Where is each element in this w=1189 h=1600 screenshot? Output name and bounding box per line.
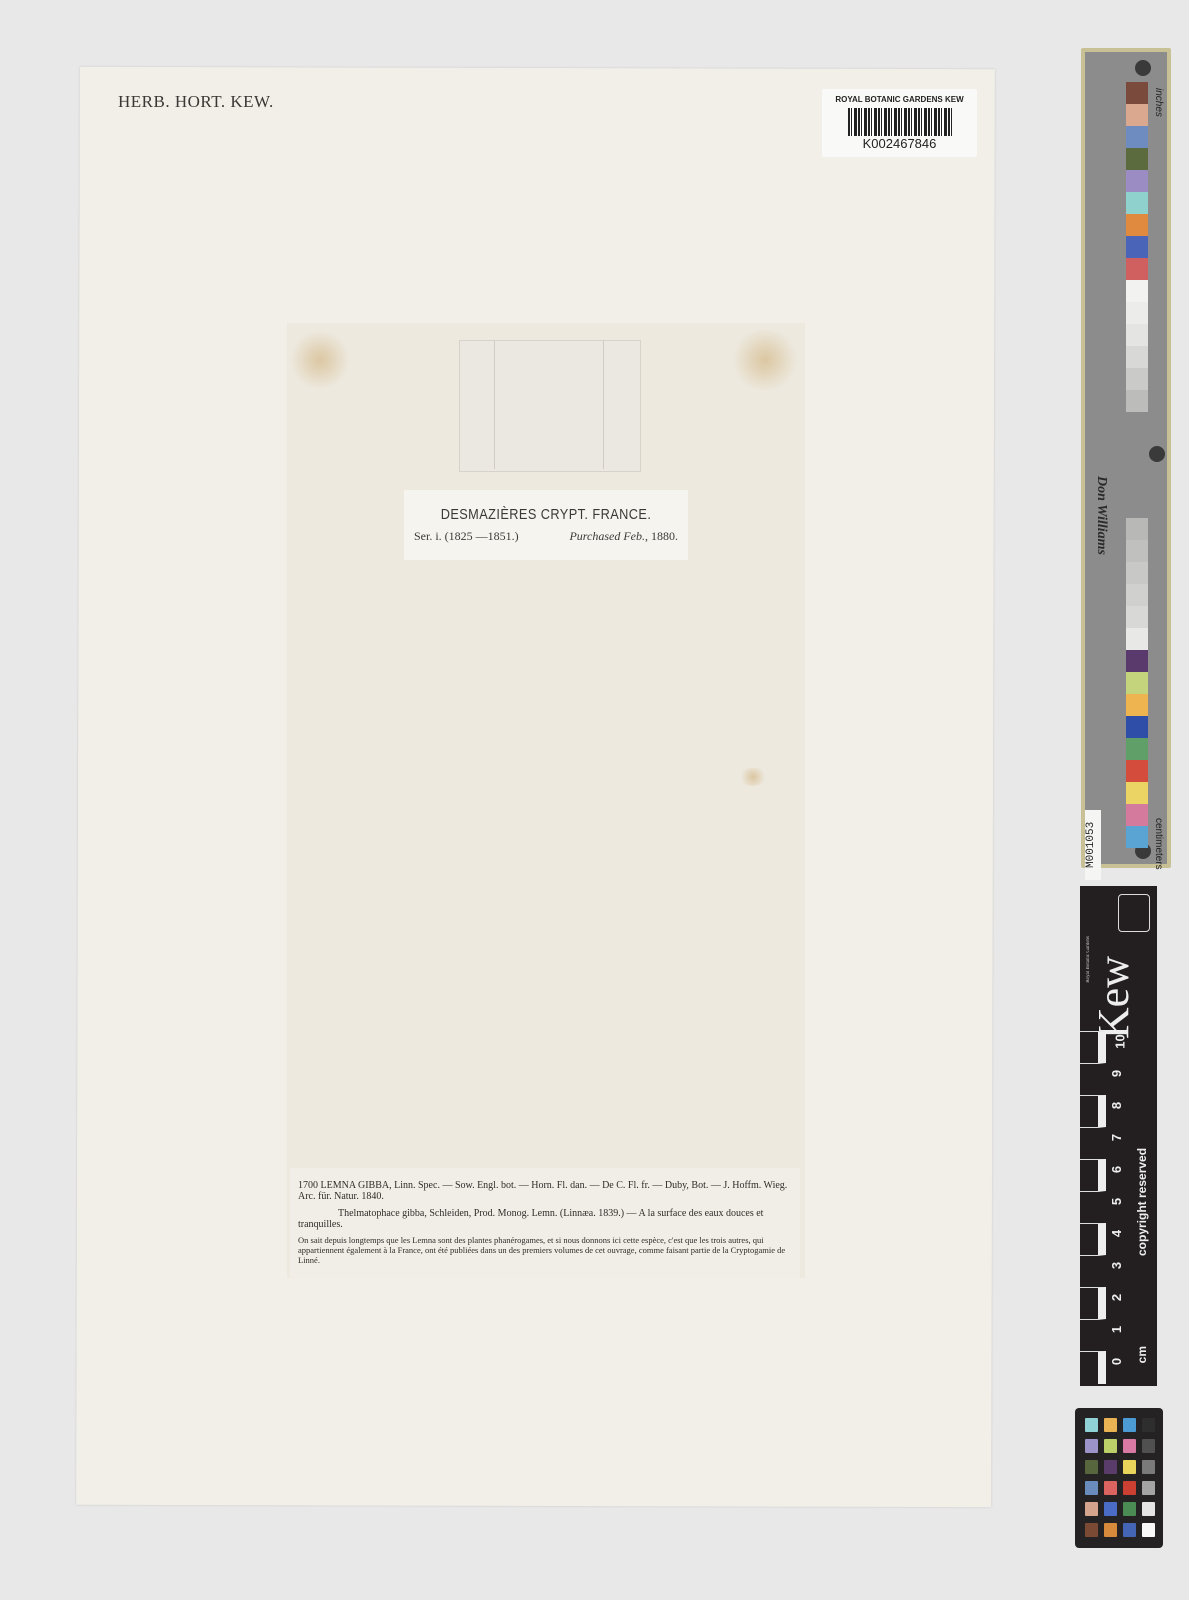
color-swatch (1126, 324, 1148, 346)
ruler-unit-cm: centimeters (1153, 818, 1164, 870)
color-swatch (1126, 628, 1148, 650)
scale-number: 3 (1109, 1262, 1124, 1269)
calibration-patch (1142, 1481, 1155, 1495)
color-swatch (1126, 540, 1148, 562)
scale-number: 1 (1109, 1326, 1124, 1333)
calibration-patch (1104, 1439, 1117, 1453)
color-swatch (1126, 672, 1148, 694)
ruler-brand: Don Williams (1093, 476, 1109, 576)
color-swatch (1126, 302, 1148, 324)
collection-title: DESMAZIÈRES CRYPT. FRANCE. (425, 506, 666, 523)
series-text: Ser. i. (1825 —1851.) (414, 529, 519, 544)
ruler-code: M001053 (1085, 810, 1101, 880)
color-swatch (1126, 826, 1148, 848)
scale-number: 2 (1109, 1294, 1124, 1301)
color-swatch (1126, 390, 1148, 412)
purchased-year: , 1880. (645, 529, 678, 543)
color-swatch (1126, 170, 1148, 192)
scale-number: 7 (1109, 1134, 1124, 1141)
color-swatch (1126, 346, 1148, 368)
color-calibration-card (1075, 1408, 1163, 1548)
copyright-text: copyright reserved (1135, 1036, 1149, 1256)
kew-scale-bar: Kew Royal Botanic Gardens 109876543210 c… (1080, 886, 1157, 1386)
calibration-patch (1123, 1523, 1136, 1537)
scale-segment (1080, 1159, 1106, 1192)
color-swatch (1126, 82, 1148, 104)
species-note: On sait depuis longtemps que les Lemna s… (290, 1230, 800, 1265)
scale-segment (1080, 1351, 1106, 1384)
color-swatch (1126, 104, 1148, 126)
scale-segment (1080, 1287, 1106, 1320)
calibration-patch (1142, 1439, 1155, 1453)
color-swatch (1126, 760, 1148, 782)
herbarium-header: HERB. HORT. KEW. (118, 92, 274, 112)
calibration-patch (1104, 1502, 1117, 1516)
calibration-patch (1085, 1418, 1098, 1432)
calibration-patch (1142, 1523, 1155, 1537)
scale-number: 5 (1109, 1198, 1124, 1205)
color-swatch (1126, 280, 1148, 302)
calibration-patch (1104, 1418, 1117, 1432)
printed-species-label: 1700 LEMNA GIBBA, Linn. Spec. — Sow. Eng… (290, 1168, 800, 1278)
stain-mark (290, 330, 350, 390)
color-swatch (1126, 368, 1148, 390)
color-swatch (1126, 606, 1148, 628)
color-swatch (1126, 804, 1148, 826)
packet-window (459, 340, 641, 472)
barcode-number: K002467846 (822, 136, 977, 151)
kew-crest-icon (1118, 894, 1150, 932)
stain-mark (738, 768, 768, 786)
color-ruler: Don Williams inches centimeters M001053 (1081, 48, 1171, 868)
kew-logo: Kew (1088, 956, 1139, 1039)
stain-mark (730, 330, 800, 390)
calibration-patch (1104, 1481, 1117, 1495)
scale-segment (1080, 1031, 1106, 1064)
calibration-patch (1123, 1418, 1136, 1432)
color-swatch (1126, 650, 1148, 672)
collection-label: DESMAZIÈRES CRYPT. FRANCE. Ser. i. (1825… (404, 490, 688, 560)
scale-unit: cm (1135, 1346, 1149, 1363)
calibration-patch (1142, 1460, 1155, 1474)
scale-number: 0 (1109, 1358, 1124, 1365)
synonym-habitat: Thelmatophace gibba, Schleiden, Prod. Mo… (290, 1202, 800, 1230)
scale-segment (1080, 1223, 1106, 1256)
scale-number: 9 (1109, 1070, 1124, 1077)
calibration-patch (1085, 1523, 1098, 1537)
color-swatch (1126, 518, 1148, 540)
calibration-patch (1123, 1460, 1136, 1474)
scale-segment (1080, 1127, 1106, 1160)
calibration-patch (1085, 1460, 1098, 1474)
scale-number: 6 (1109, 1166, 1124, 1173)
ruler-hole (1135, 60, 1151, 76)
scale-segment (1080, 1063, 1106, 1096)
scale-number: 10 (1113, 1034, 1128, 1048)
color-swatch (1126, 738, 1148, 760)
scale-segment (1080, 1191, 1106, 1224)
color-swatch (1126, 148, 1148, 170)
calibration-patch (1085, 1439, 1098, 1453)
calibration-patch (1085, 1502, 1098, 1516)
color-swatch (1126, 716, 1148, 738)
ruler-unit-inches: inches (1153, 88, 1164, 117)
calibration-patch (1104, 1523, 1117, 1537)
ruler-hole (1149, 446, 1165, 462)
cm-scale (1080, 1031, 1108, 1361)
calibration-patch (1085, 1481, 1098, 1495)
calibration-patch (1123, 1439, 1136, 1453)
calibration-patch (1123, 1481, 1136, 1495)
color-swatch (1126, 192, 1148, 214)
color-swatch (1126, 694, 1148, 716)
kew-subtitle: Royal Botanic Gardens (1086, 936, 1091, 983)
species-citation: 1700 LEMNA GIBBA, Linn. Spec. — Sow. Eng… (290, 1168, 800, 1202)
calibration-patch (1142, 1502, 1155, 1516)
calibration-patch (1123, 1502, 1136, 1516)
scale-segment (1080, 1095, 1106, 1128)
barcode-label: ROYAL BOTANIC GARDENS KEW K002467846 (822, 89, 977, 157)
color-swatch (1126, 214, 1148, 236)
color-swatch (1126, 562, 1148, 584)
purchased-text: Purchased Feb. (569, 529, 645, 543)
calibration-patch (1142, 1418, 1155, 1432)
scale-number: 4 (1109, 1230, 1124, 1237)
color-swatch (1126, 126, 1148, 148)
scale-segment (1080, 1255, 1106, 1288)
scale-number: 8 (1109, 1102, 1124, 1109)
calibration-patch (1104, 1460, 1117, 1474)
barcode-icon (848, 108, 952, 136)
scale-segment (1080, 1319, 1106, 1352)
color-swatch (1126, 258, 1148, 280)
color-swatch (1126, 584, 1148, 606)
color-swatch (1126, 782, 1148, 804)
color-swatch (1126, 236, 1148, 258)
institution-name: ROYAL BOTANIC GARDENS KEW (822, 95, 977, 104)
